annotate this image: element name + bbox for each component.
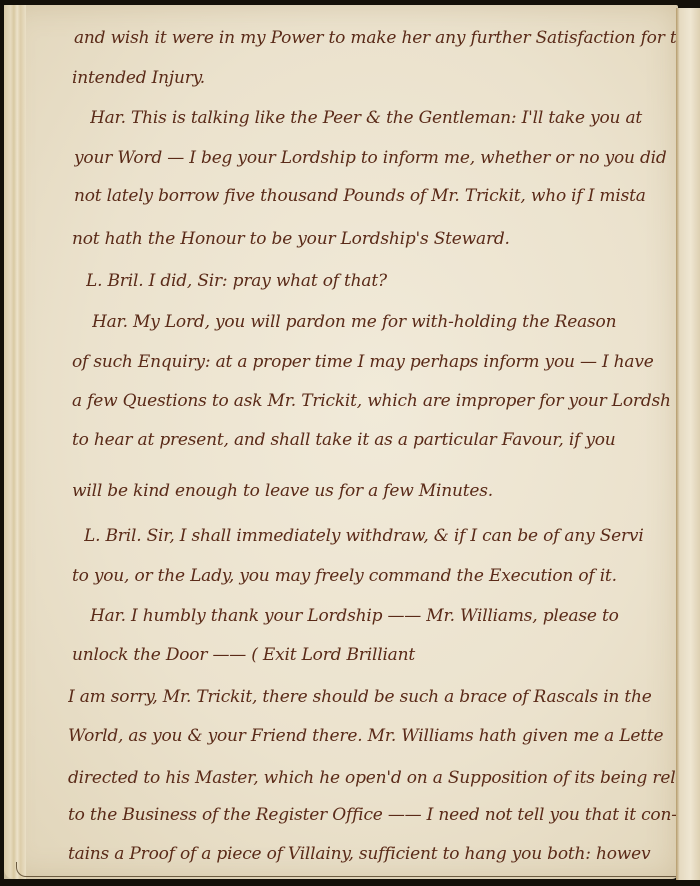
text-line: and wish it were in my Power to make her… [74, 23, 680, 53]
text-line-speaker-har: Har. I humbly thank your Lordship —— Mr.… [90, 601, 682, 631]
text-line-stage-direction: unlock the Door —— ( Exit Lord Brilliant [72, 640, 680, 670]
text-line: will be kind enough to leave us for a fe… [72, 476, 680, 506]
text-line: of such Enquiry: at a proper time I may … [72, 347, 680, 377]
text-line: not lately borrow five thousand Pounds o… [74, 181, 680, 211]
text-line-speaker-lbril: L. Bril. Sir, I shall immediately withdr… [84, 521, 682, 551]
text-line: a few Questions to ask Mr. Trickit, whic… [72, 386, 680, 416]
text-line: World, as you & your Friend there. Mr. W… [68, 721, 680, 751]
text-line: your Word — I beg your Lordship to infor… [74, 143, 680, 173]
text-line: not hath the Honour to be your Lordship'… [72, 224, 678, 254]
page-binding-edge [4, 5, 26, 879]
text-line: intended Injury. [72, 63, 678, 93]
text-line-speaker-lbril: L. Bril. I did, Sir: pray what of that? [86, 266, 680, 296]
text-line-speaker-har: Har. My Lord, you will pardon me for wit… [92, 307, 682, 337]
text-line: directed to his Master, which he open'd … [68, 763, 680, 793]
manuscript-scan: and wish it were in my Power to make her… [0, 0, 700, 886]
text-line: I am sorry, Mr. Trickit, there should be… [68, 682, 680, 712]
next-page-edge [676, 8, 700, 880]
text-line: to hear at present, and shall take it as… [72, 425, 680, 455]
text-line-speaker-har: Har. This is talking like the Peer & the… [90, 103, 682, 133]
text-line: tains a Proof of a piece of Villainy, su… [68, 839, 680, 869]
text-line: to you, or the Lady, you may freely comm… [72, 561, 680, 591]
text-line: to the Business of the Register Office —… [68, 800, 680, 830]
